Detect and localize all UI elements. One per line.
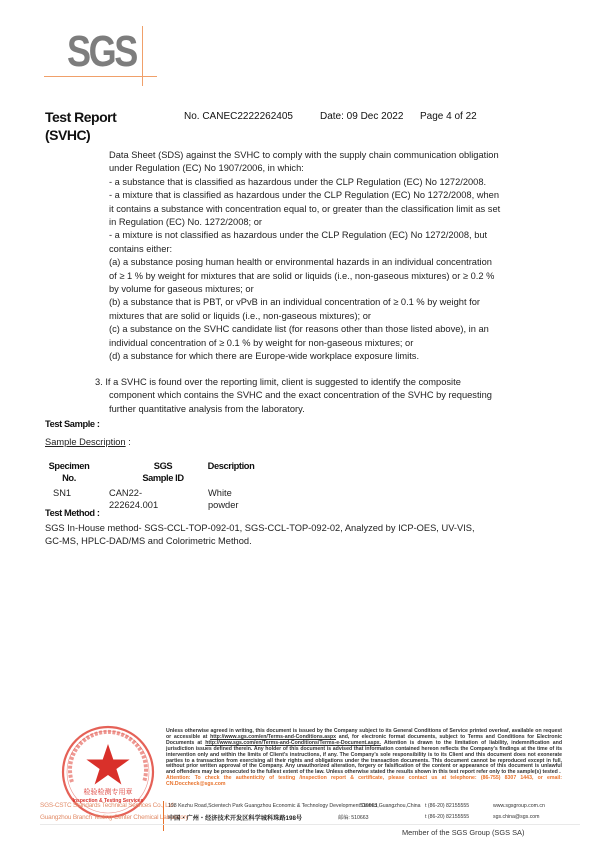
body-text-line: - a mixture that is classified as hazard… — [109, 189, 559, 202]
logo-guide-line-vertical — [142, 26, 143, 86]
page-indicator: Page 4 of 22 — [420, 111, 477, 122]
col-header-sgs-sample-id: SGS Sample ID — [115, 460, 211, 484]
sample-description-colon: : — [126, 437, 131, 447]
footer-divider-horizontal — [40, 824, 580, 825]
cell-sample-id: CAN22-222624.001 — [109, 487, 158, 511]
body-text-line: (c) a substance on the SVHC candidate li… — [109, 323, 559, 336]
sample-description-label: Sample Description : — [45, 437, 131, 447]
telephone-1: t (86-20) 82155555 — [425, 803, 469, 809]
postcode-english: 510663 — [360, 803, 377, 809]
note-3-line: 3. If a SVHC is found over the reporting… — [95, 376, 565, 389]
test-method-heading: Test Method : — [45, 508, 100, 518]
note-3: 3. If a SVHC is found over the reporting… — [95, 376, 565, 416]
cell-specimen-no: SN1 — [53, 487, 71, 499]
postcode-chinese: 邮编: 510663 — [338, 814, 369, 821]
report-title-line1: Test Report — [45, 108, 116, 126]
report-date: Date: 09 Dec 2022 — [320, 111, 403, 122]
sgs-logo: SGS — [67, 30, 136, 74]
logo-guide-line-horizontal — [44, 76, 157, 77]
body-text-line: it contains a substance with concentrati… — [109, 203, 559, 216]
body-text-line: - a substance that is classified as haza… — [109, 176, 559, 189]
telephone-2: t (86-20) 82155555 — [425, 814, 469, 820]
report-title: Test Report (SVHC) — [45, 108, 116, 144]
col-header-specimen-no: Specimen No. — [45, 460, 93, 484]
report-title-line2: (SVHC) — [45, 126, 116, 144]
sample-description-link-text: Sample Description — [45, 437, 126, 447]
website-link[interactable]: www.sgsgroup.com.cn — [493, 803, 545, 809]
report-number: No. CANEC2222262405 — [184, 111, 293, 122]
body-text-line: (b) a substance that is PBT, or vPvB in … — [109, 296, 559, 309]
body-text-line: by volume for gaseous mixtures; or — [109, 283, 559, 296]
body-text-line: (d) a substance for which there are Euro… — [109, 350, 559, 363]
body-text-line: (a) a substance posing human health or e… — [109, 256, 559, 269]
legal-disclaimer: Unless otherwise agreed in writing, this… — [166, 729, 562, 788]
body-text-line: of ≥ 1 % by weight for mixtures that are… — [109, 270, 559, 283]
address-english: 198 Kezhu Road,Scientech Park Guangzhou … — [168, 803, 421, 809]
body-text-line: - a mixture is not classified as hazardo… — [109, 229, 559, 242]
body-text-line: individual concentration of ≥ 0.1 % by w… — [109, 337, 559, 350]
stamp-caption: SGS-CSTC Standards Technical Services Co… — [40, 800, 188, 824]
sds-obligation-text: Data Sheet (SDS) against the SVHC to com… — [109, 149, 559, 364]
cell-description: White powder — [208, 487, 238, 511]
svg-text:检验检测专用章: 检验检测专用章 — [84, 787, 133, 796]
star-icon — [86, 744, 129, 785]
col-header-description: Description — [203, 460, 259, 472]
test-sample-heading: Test Sample : — [45, 419, 100, 429]
member-statement: Member of the SGS Group (SGS SA) — [402, 828, 524, 837]
note-3-line: further quantitative analysis from the l… — [95, 403, 565, 416]
body-text-line: mixtures that are solid or liquids (i.e.… — [109, 310, 559, 323]
email-link[interactable]: sgs.china@sgs.com — [493, 814, 540, 820]
body-text-line: contains either: — [109, 243, 559, 256]
body-text-line: Data Sheet (SDS) against the SVHC to com… — [109, 149, 559, 162]
note-3-line: component which contains the SVHC and th… — [95, 389, 565, 402]
footer-divider-vertical — [163, 801, 164, 831]
body-text-line: in Regulation (EC) No. 1272/2008; or — [109, 216, 559, 229]
authenticity-notice: Attention: To check the authenticity of … — [166, 776, 562, 788]
test-method-text: SGS In-House method- SGS-CCL-TOP-092-01,… — [45, 522, 475, 549]
address-chinese: 中国・广州・经济技术开发区科学城科珠路198号 — [168, 813, 302, 822]
body-text-line: under Regulation (EC) No 1907/2006, in w… — [109, 162, 559, 175]
